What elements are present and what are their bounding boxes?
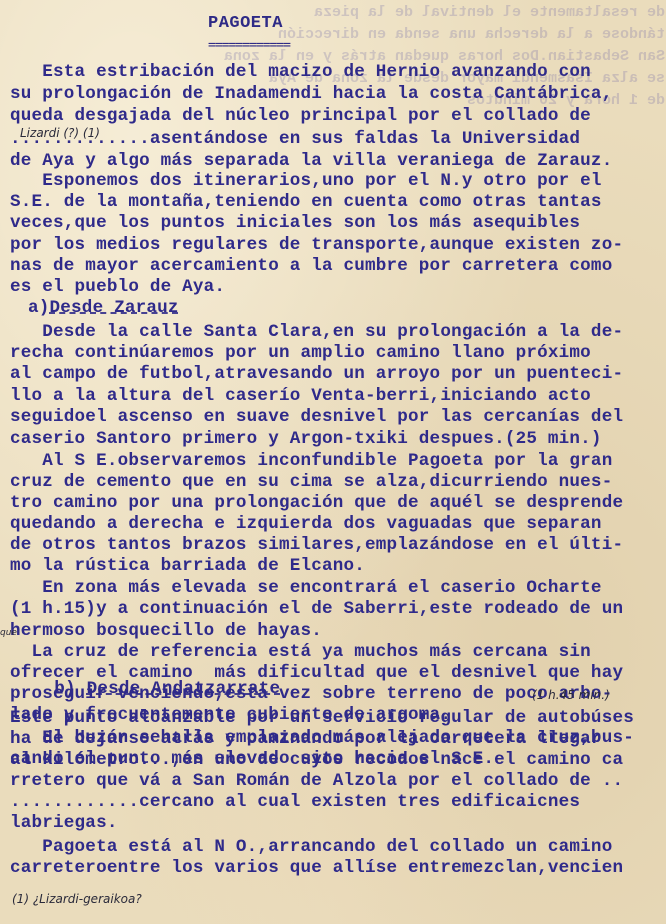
text-line: quedando a derecha e izquierda dos vagua… xyxy=(10,514,602,534)
text-line: veces,que los puntos iniciales son los m… xyxy=(10,213,580,233)
margin-mark: que xyxy=(0,628,17,638)
section-heading: Desde Zarauz xyxy=(50,298,179,318)
text-line: ............cercano al cual existen tres… xyxy=(10,792,580,812)
text-line: Pagoeta está al N O.,arrancando del coll… xyxy=(10,837,612,857)
text-line: por los medios regulares de transporte,a… xyxy=(10,235,623,255)
text-line: rretero que vá a San Román de Alzola por… xyxy=(10,771,623,791)
text-line: queda desgajada del núcleo principal por… xyxy=(10,106,591,126)
text-line: caserio Santoro primero y Argon-txiki de… xyxy=(10,429,602,449)
document-page: de resaltamente el dentival de la pieza … xyxy=(0,0,666,924)
text-line: su prolongación de Inadamendi hacia la c… xyxy=(10,84,612,104)
text-line: Este punto alcanzable por un servicio re… xyxy=(10,708,634,728)
text-line: tro camino por una prolongación que de a… xyxy=(10,493,623,513)
section-marker: a) xyxy=(28,298,50,318)
text-line: recha continúaremos por un amplio camino… xyxy=(10,343,591,363)
text-line: Desde la calle Santa Clara,en su prolong… xyxy=(10,322,623,342)
handwritten-note-time: (1 h.45 min.) xyxy=(532,688,610,702)
text-line: La cruz de referencia está ya muchos más… xyxy=(10,642,591,662)
text-line: cruz de cemento que en su cima se alza,d… xyxy=(10,472,612,492)
handwritten-note-lizardi: Lizardi (?) (1) xyxy=(20,126,100,140)
text-line: mo la rústica barriada de Elcano. xyxy=(10,556,365,576)
text-line: S.E. de la montaña,teniendo en cuenta co… xyxy=(10,192,602,212)
footnote: (1) ¿Lizardi-geraikoa? xyxy=(12,892,142,906)
page-title: PAGOETA xyxy=(208,14,283,33)
text-line: de Aya y algo más separada la villa vera… xyxy=(10,151,612,171)
text-line: seguidoel ascenso en suave desnivel por … xyxy=(10,407,623,427)
text-line: al campo de futbol,atravesando un arroyo… xyxy=(10,364,623,384)
text-line: carreteroentre los varios que allíse ent… xyxy=(10,858,623,878)
section-marker: b) xyxy=(22,679,87,699)
text-line: de otros tantos brazos similares,emplazá… xyxy=(10,535,623,555)
text-line: b) Desde Andatzarrate xyxy=(22,679,280,699)
text-line: nas de mayor acercamiento a la cumbre po… xyxy=(10,256,612,276)
text-line: Esta estribación del macizo de Hernio av… xyxy=(10,62,591,82)
text-line: al kilómetro...,en uno de cuyos recodos … xyxy=(10,750,623,770)
text-line: En zona más elevada se encontrará el cas… xyxy=(10,578,602,598)
text-line: hermoso bosquecillo de hayas. xyxy=(10,621,322,641)
text-line: a)Desde Zarauz xyxy=(28,298,179,318)
text-line: es el pueblo de Aya. xyxy=(10,277,225,297)
text-line: llo a la altura del caserío Venta-berri,… xyxy=(10,386,591,406)
section-heading: Desde Andatzarrate xyxy=(87,679,281,699)
text-line: labriegas. xyxy=(10,813,118,833)
text-line: (1 h.15)y a continuación el de Saberri,e… xyxy=(10,599,623,619)
text-line: ha de dejarse atrás y caminando por la c… xyxy=(10,729,602,749)
text-line: Al S E.observaremos inconfundible Pagoet… xyxy=(10,451,612,471)
text-line: Esponemos dos itinerarios,uno por el N.y… xyxy=(10,171,602,191)
title-underline: ============ xyxy=(208,38,290,53)
